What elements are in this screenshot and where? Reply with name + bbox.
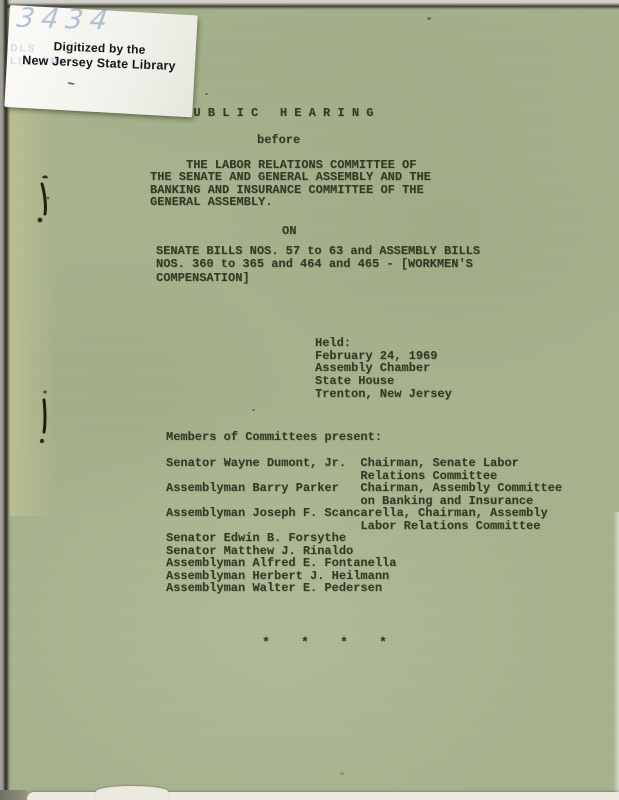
scan-edge-left — [0, 0, 11, 800]
scan-edge-right — [613, 512, 619, 792]
paper-texture — [0, 0, 619, 800]
scanned-document-page: P U B L I C H E A R I N G before THE LAB… — [0, 0, 619, 800]
members-heading: Members of Committees present: — [166, 431, 382, 444]
asterisk-separator: * * * * — [262, 636, 387, 649]
bills-subject-block: SENATE BILLS NOS. 57 to 63 and ASSEMBLY … — [156, 245, 480, 285]
members-list-block: Senator Wayne Dumont, Jr. Chairman, Sena… — [166, 457, 562, 595]
document-title: P U B L I C H E A R I N G — [179, 107, 373, 120]
hearing-date-location-block: Held: February 24, 1969 Assembly Chamber… — [315, 337, 452, 401]
sticker-text: Digitized by the New Jersey State Librar… — [7, 38, 192, 75]
library-sticker: 3434 DLS LIBRARY Digitized by the New Je… — [4, 5, 197, 117]
staple-mark-icon — [35, 388, 55, 448]
scan-edge-bottom-left — [0, 790, 30, 800]
handwritten-accession-number: 3434 — [15, 3, 117, 37]
paper-speck — [205, 93, 208, 95]
on-text: ON — [282, 225, 296, 238]
committee-names-block: THE LABOR RELATIONS COMMITTEE OF THE SEN… — [150, 159, 431, 209]
page-curl — [96, 786, 168, 797]
small-ink-mark — [67, 78, 75, 85]
paper-speck — [340, 772, 344, 775]
paper-speck — [252, 409, 255, 411]
staple-mark-icon — [33, 172, 55, 226]
before-text: before — [257, 134, 300, 147]
paper-speck — [427, 17, 431, 20]
